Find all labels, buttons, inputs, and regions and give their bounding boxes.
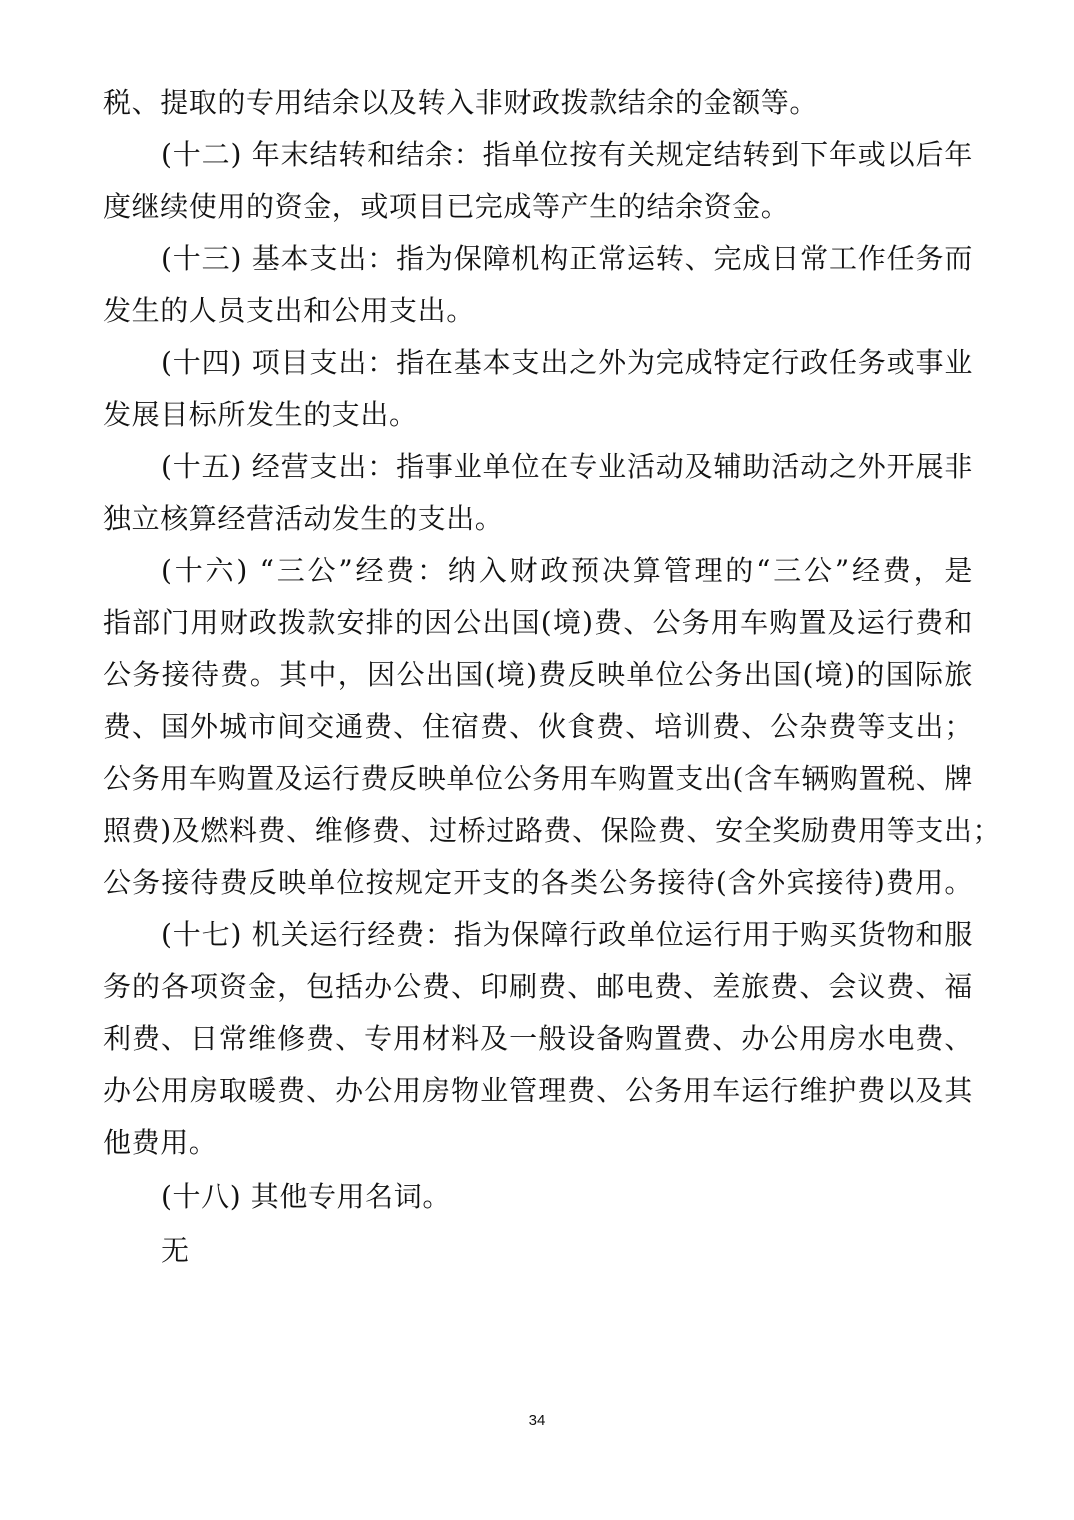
page-number: 34 [0,1412,1074,1429]
text-line: 无 [161,1234,973,1268]
text-line: 他费用。 [103,1126,973,1160]
text-line: 发展目标所发生的支出。 [103,398,973,432]
text-line: (十二) 年末结转和结余：指单位按有关规定结转到下年或以后年 [161,138,973,172]
text-line: 费、国外城市间交通费、住宿费、伙食费、培训费、公杂费等支出； [103,710,973,744]
text-line: (十六) “三公”经费：纳入财政预决算管理的“三公”经费，是 [161,554,973,588]
text-line: 公务用车购置及运行费反映单位公务用车购置支出(含车辆购置税、牌 [103,762,973,796]
text-line: 指部门用财政拨款安排的因公出国(境)费、公务用车购置及运行费和 [103,606,973,640]
text-line: 税、提取的专用结余以及转入非财政拨款结余的金额等。 [103,86,973,120]
text-line: 利费、日常维修费、专用材料及一般设备购置费、办公用房水电费、 [103,1022,973,1056]
text-line: 照费)及燃料费、维修费、过桥过路费、保险费、安全奖励费用等支出； [103,814,973,848]
text-line: 发生的人员支出和公用支出。 [103,294,973,328]
text-line: (十四) 项目支出：指在基本支出之外为完成特定行政任务或事业 [161,346,973,380]
text-line: (十五) 经营支出：指事业单位在专业活动及辅助活动之外开展非 [161,450,973,484]
text-line: (十八) 其他专用名词。 [161,1180,973,1214]
document-page: 税、提取的专用结余以及转入非财政拨款结余的金额等。(十二) 年末结转和结余：指单… [0,0,1074,1520]
text-line: 公务接待费反映单位按规定开支的各类公务接待(含外宾接待)费用。 [103,866,973,900]
text-line: 办公用房取暖费、办公用房物业管理费、公务用车运行维护费以及其 [103,1074,973,1108]
text-line: 度继续使用的资金，或项目已完成等产生的结余资金。 [103,190,973,224]
text-line: 公务接待费。其中，因公出国(境)费反映单位公务出国(境)的国际旅 [103,658,973,692]
text-line: 独立核算经营活动发生的支出。 [103,502,973,536]
text-line: (十三) 基本支出：指为保障机构正常运转、完成日常工作任务而 [161,242,973,276]
text-line: 务的各项资金，包括办公费、印刷费、邮电费、差旅费、会议费、福 [103,970,973,1004]
text-line: (十七) 机关运行经费：指为保障行政单位运行用于购买货物和服 [161,918,973,952]
